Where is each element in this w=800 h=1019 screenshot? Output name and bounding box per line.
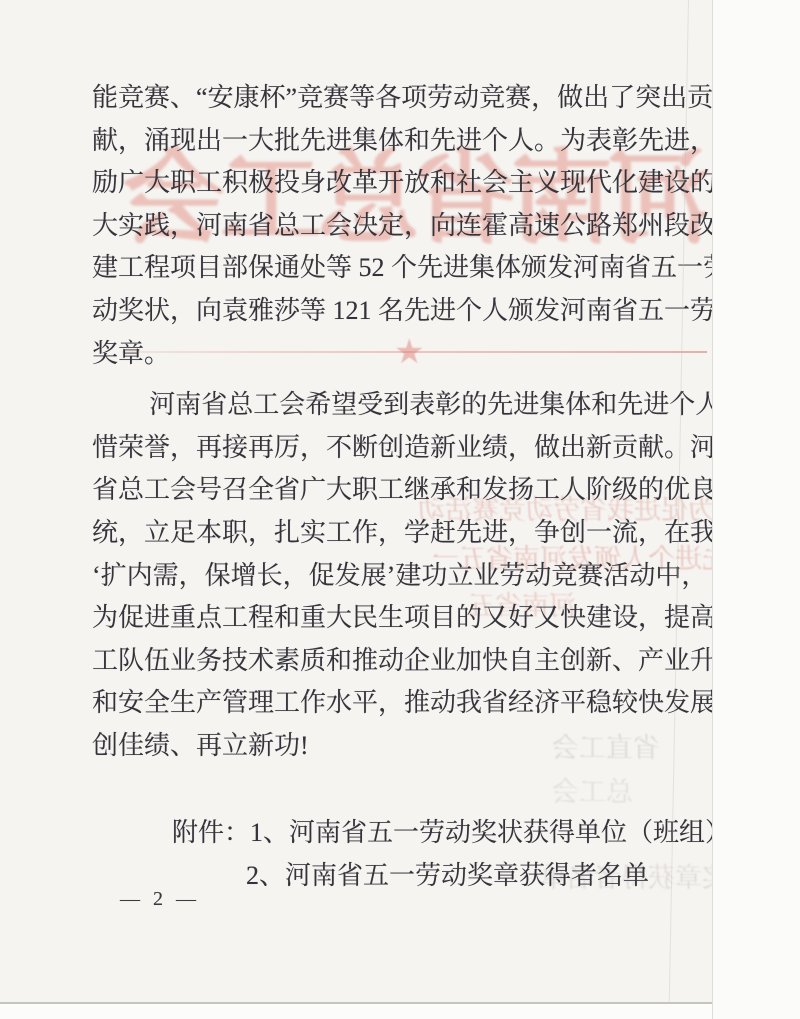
body-text-line: ‘扩内需，保增长，促发展’建功立业劳动竞赛活动中， bbox=[92, 555, 706, 598]
body-text-line: 工队伍业务技术素质和推动企业加快自主创新、产业升级 bbox=[92, 640, 706, 683]
bleedthrough-text-fragment: 总工会 bbox=[552, 770, 633, 809]
attachment-list-line-1: 附件：1、河南省五一劳动奖状获得单位（班组）名单 bbox=[172, 812, 783, 854]
body-text-line: 励广大职工积极投身改革开放和社会主义现代化建设的伟 bbox=[92, 162, 706, 205]
body-text-line: 大实践，河南省总工会决定，向连霍高速公路郑州段改扩 bbox=[92, 205, 706, 248]
body-text-line: 河南省总工会希望受到表彰的先进集体和先进个人珍 bbox=[92, 384, 706, 427]
body-text-block: 能竞赛、“安康杯”竞赛等各项劳动竞赛，做出了突出贡 献，涌现出一大批先进集体和先… bbox=[92, 77, 706, 768]
body-text-line: 建工程项目部保通处等 52 个先进集体颁发河南省五一劳 bbox=[92, 247, 706, 290]
body-text-line: 统，立足本职，扎实工作，学赶先进，争创一流，在我省 bbox=[92, 512, 706, 555]
body-text-line: 献，涌现出一大批先进集体和先进个人。为表彰先进，激 bbox=[92, 120, 706, 163]
body-text-line: 奖章。 bbox=[92, 333, 706, 376]
paragraph-2: 河南省总工会希望受到表彰的先进集体和先进个人珍 惜荣誉，再接再厉，不断创造新业绩… bbox=[92, 384, 706, 767]
body-text-line: 能竞赛、“安康杯”竞赛等各项劳动竞赛，做出了突出贡 bbox=[92, 77, 706, 120]
body-text-line: 动奖状，向袁雅莎等 121 名先进个人颁发河南省五一劳动 bbox=[92, 290, 706, 333]
attachment-list-line-2: 2、河南省五一劳动奖章获得者名单 bbox=[246, 855, 649, 897]
body-text-line: 创佳绩、再立新功! bbox=[92, 725, 706, 768]
page-number: — 2 — bbox=[120, 888, 200, 911]
body-text-line: 为促进重点工程和重大民生项目的又好又快建设，提高职 bbox=[92, 597, 706, 640]
paper-sheet: 河南省总工会 ★ 为促进我省劳动竞赛活动 先进个人颁发河南省五一 河南省五 省直… bbox=[0, 0, 712, 1002]
body-text-line: 省总工会号召全省广大职工继承和发扬工人阶级的优良传 bbox=[92, 469, 706, 512]
body-text-line: 和安全生产管理工作水平，推动我省经济平稳较快发展再 bbox=[92, 682, 706, 725]
scanned-document-page: 河南省总工会 ★ 为促进我省劳动竞赛活动 先进个人颁发河南省五一 河南省五 省直… bbox=[0, 0, 800, 1019]
body-text-line: 惜荣誉，再接再厉，不断创造新业绩，做出新贡献。河南 bbox=[92, 427, 706, 470]
paragraph-1: 能竞赛、“安康杯”竞赛等各项劳动竞赛，做出了突出贡 献，涌现出一大批先进集体和先… bbox=[92, 77, 706, 375]
scan-background-right bbox=[712, 0, 800, 1019]
scan-background-bottom bbox=[0, 1002, 712, 1019]
